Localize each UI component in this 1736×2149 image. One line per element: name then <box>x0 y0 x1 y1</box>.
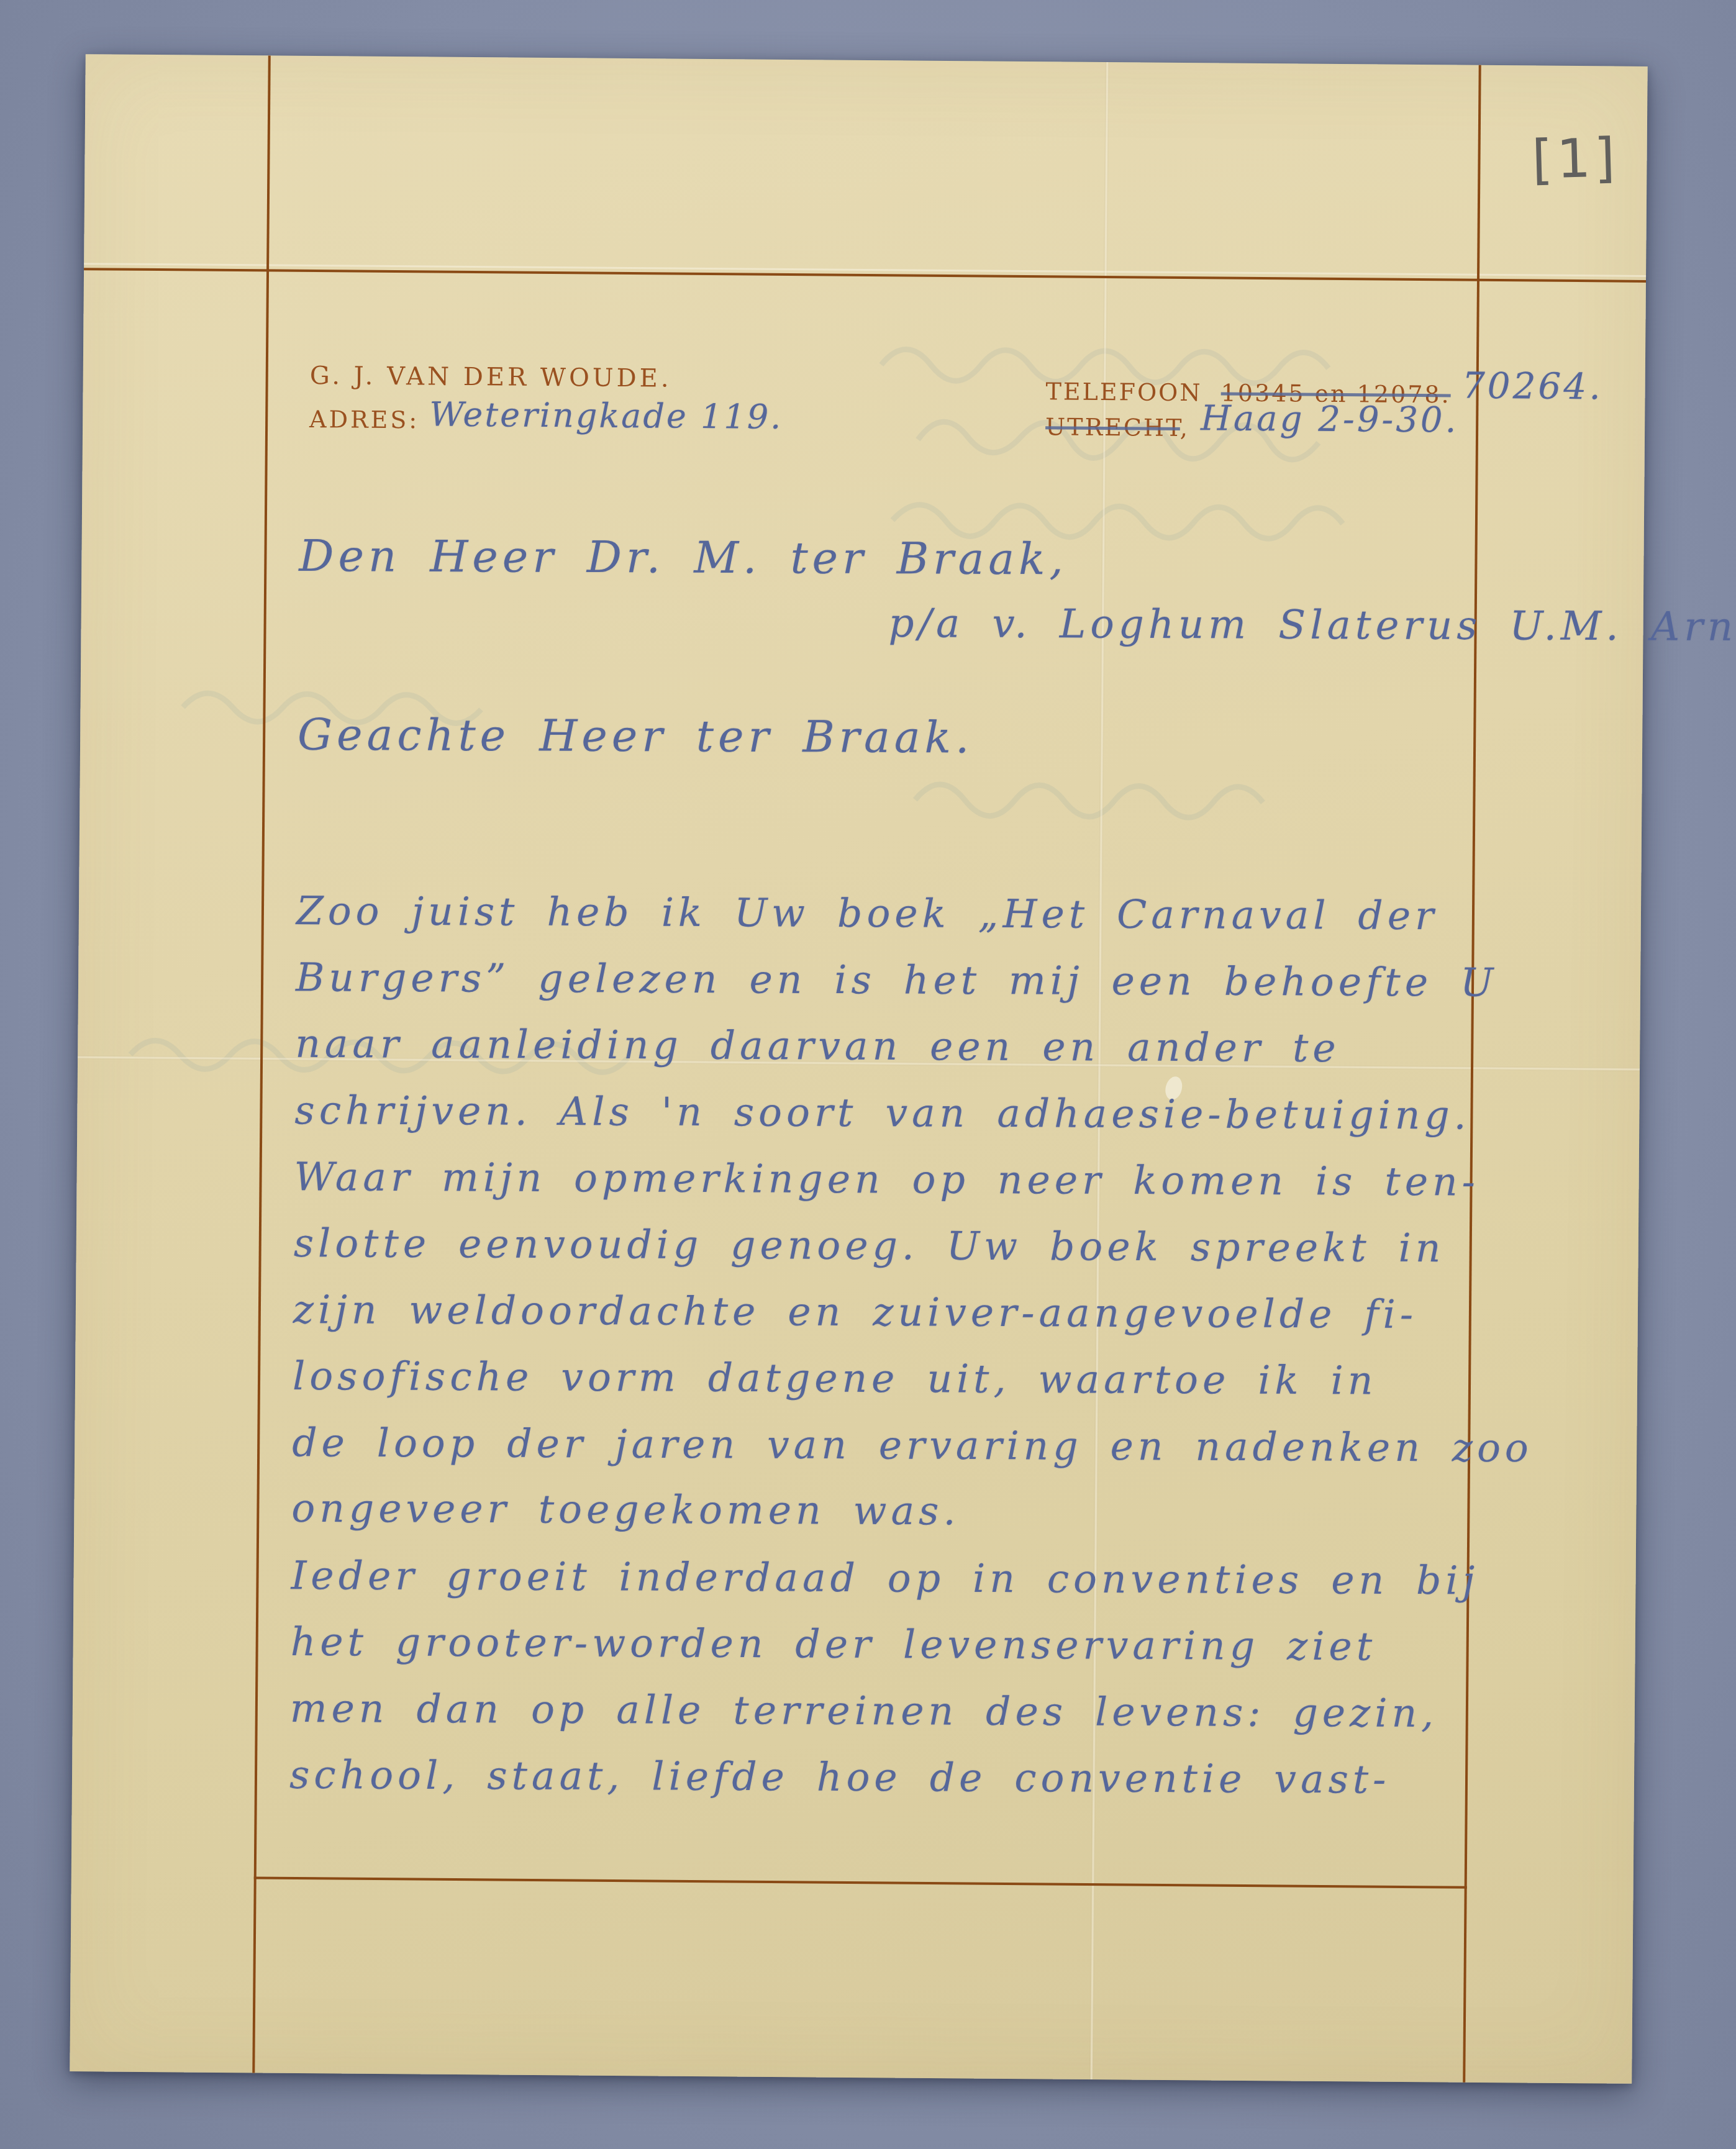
body-line: Zoo juist heb ik Uw boek „Het Carnaval d… <box>296 891 1438 935</box>
date-handwritten: Haag 2-9-30. <box>1201 398 1459 440</box>
body-line: Burgers” gelezen en is het mij een behoe… <box>296 958 1497 1002</box>
letterhead-adres-row: ADRES:Weteringkade 119. <box>309 396 783 439</box>
body-line: losofische vorm datgene uit, waartoe ik … <box>293 1356 1378 1401</box>
salutation: Geachte Heer ter Braak. <box>298 713 973 760</box>
ruled-line-bottom <box>254 1876 1467 1888</box>
body-line: school, staat, liefde hoe de conventie v… <box>289 1755 1391 1799</box>
body-line: de loop der jaren van ervaring en nadenk… <box>292 1423 1533 1468</box>
ruled-line-left <box>252 55 271 2073</box>
telefoon-label: TELEFOON <box>1045 378 1202 406</box>
city-printed-struck: UTRECHT <box>1045 413 1180 442</box>
addressee-line-1: Den Heer Dr. M. ter Braak, <box>299 534 1068 581</box>
body-line: Ieder groeit inderdaad op in conventies … <box>291 1556 1479 1600</box>
letter-paper: [1] G. J. VAN DER WOUDE. ADRES:Weteringk… <box>70 54 1647 2084</box>
city-comma: , <box>1180 414 1189 442</box>
addressee-line-2: p/a v. Loghum Slaterus U.M. Arnhem. <box>888 604 1736 648</box>
telefoon-new-number-handwritten: 70264. <box>1462 365 1603 408</box>
letterhead-city-row: UTRECHT,Haag 2-9-30. <box>1045 403 1459 447</box>
body-line: het grooter-worden der levenservaring zi… <box>291 1622 1377 1666</box>
page-number-annotation: [1] <box>1531 127 1619 191</box>
body-line: slotte eenvoudig genoeg. Uw boek spreekt… <box>294 1224 1445 1268</box>
photo-background: [1] G. J. VAN DER WOUDE. ADRES:Weteringk… <box>0 0 1736 2149</box>
adres-label: ADRES: <box>309 406 419 434</box>
letterhead-name: G. J. VAN DER WOUDE. <box>310 361 672 393</box>
adres-value-handwritten: Weteringkade 119. <box>429 395 783 437</box>
body-line: ongeveer toegekomen was. <box>291 1489 960 1531</box>
body-line: Waar mijn opmerkingen op neer komen is t… <box>294 1157 1479 1201</box>
body-line: schrijven. Als 'n soort van adhaesie-bet… <box>294 1091 1470 1135</box>
body-line: zijn weldoordachte en zuiver-aangevoelde… <box>293 1290 1418 1334</box>
body-line: naar aanleiding daarvan een en ander te <box>295 1024 1340 1068</box>
body-line: men dan op alle terreinen des levens: ge… <box>290 1689 1438 1733</box>
